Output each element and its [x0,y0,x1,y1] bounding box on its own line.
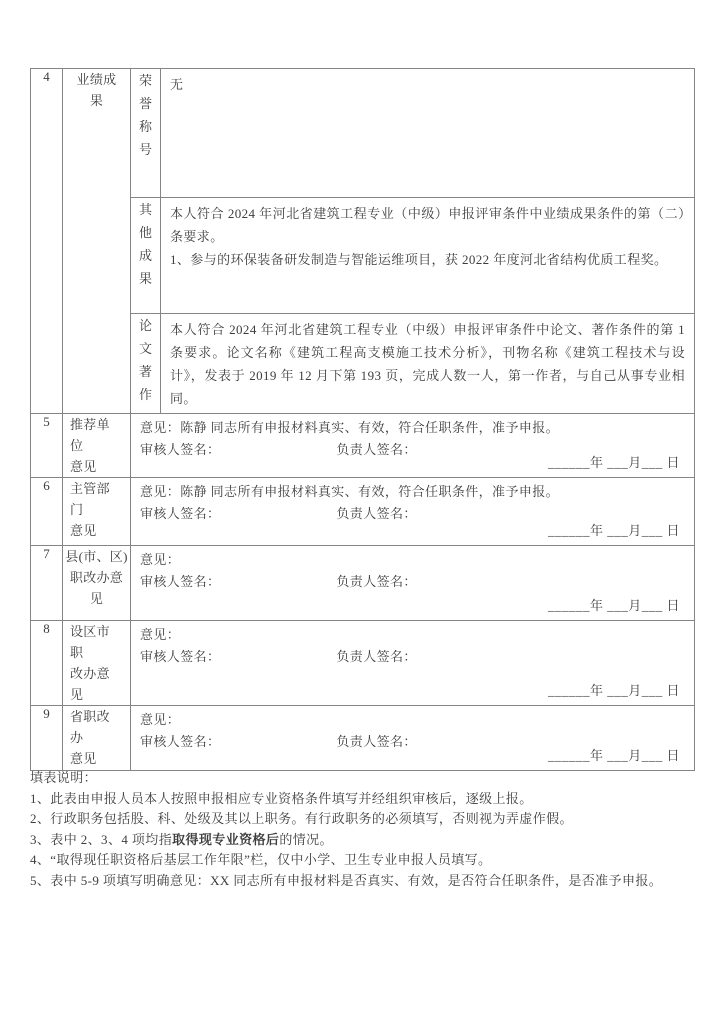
row7-opinion-cell: 意见： 审核人签名：负责人签名： ______年 ___月___ 日 [131,546,695,621]
row6-number: 6 [31,478,63,546]
row9-opinion-cell: 意见： 审核人签名：负责人签名： ______年 ___月___ 日 [131,706,695,771]
note-2: 2、行政职务包括股、科、处级及其以上职务。有行政职务的必须填写，否则视为弄虚作假… [30,809,696,830]
row6-leader-signature-label: 负责人签名： [336,506,416,521]
row7-leader-signature-label: 负责人签名： [336,574,416,589]
papers-works-sublabel: 论 文 著 作 [131,314,161,414]
honor-title-sublabel: 荣 誉 称 号 [131,69,161,198]
row8-number: 8 [31,621,63,706]
note-3-prefix: 3、表中 2、3、4 项均指 [30,832,172,847]
note-3: 3、表中 2、3、4 项均指取得现专业资格后的情况。 [30,830,696,851]
papers-works-content: 本人符合 2024 年河北省建筑工程专业（中级）申报评审条件中论文、著作条件的第… [161,314,695,414]
row4-label-achievements: 业绩成果 [63,69,131,414]
row4-number: 4 [31,69,63,414]
note-3-suffix: 的情况。 [279,832,333,847]
row7-opinion-text: 意见： [140,550,685,570]
row7-date-line: ______年 ___月___ 日 [548,596,680,616]
note-5: 5、表中 5-9 项填写明确意见：XX 同志所有申报材料是否真实、有效，是否符合… [30,871,696,892]
row7-label-county-reform-office: 县(市、区) 职改办意 见 [63,546,131,621]
row7-auditor-signature-label: 审核人签名： [140,574,220,589]
row9-auditor-signature-label: 审核人签名： [140,734,220,749]
row8-date-line: ______年 ___月___ 日 [548,681,680,701]
row7-signature-line: 审核人签名：负责人签名： [140,572,685,592]
row9-opinion-text: 意见： [140,710,685,730]
row8-signature-line: 审核人签名：负责人签名： [140,647,685,667]
document-page: 4 业绩成果 荣 誉 称 号 无 其 他 成 果 本人符合 2024 年河北省建… [0,0,724,1024]
application-form-table: 4 业绩成果 荣 誉 称 号 无 其 他 成 果 本人符合 2024 年河北省建… [30,68,695,771]
row5-label-recommending-unit: 推荐单位 意见 [63,414,131,478]
row5-leader-signature-label: 负责人签名： [336,442,416,457]
note-4: 4、“取得现任职资格后基层工作年限”栏，仅中小学、卫生专业申报人员填写。 [30,850,696,871]
row8-auditor-signature-label: 审核人签名： [140,649,220,664]
row9-leader-signature-label: 负责人签名： [336,734,416,749]
row9-label-province-reform-office: 省职改办 意见 [63,706,131,771]
row9-number: 9 [31,706,63,771]
row6-auditor-signature-label: 审核人签名： [140,506,220,521]
row8-opinion-cell: 意见： 审核人签名：负责人签名： ______年 ___月___ 日 [131,621,695,706]
row5-number: 5 [31,414,63,478]
row6-label-supervising-department: 主管部门 意见 [63,478,131,546]
row5-opinion-text: 意见：陈静 同志所有申报材料真实、有效，符合任职条件，准予申报。 [140,418,685,438]
fill-instructions: 填表说明： 1、此表由申报人员本人按照申报相应专业资格条件填写并经组织审核后，逐… [30,768,696,891]
note-3-bold-phrase: 取得现专业资格后 [172,832,279,847]
row6-opinion-cell: 意见：陈静 同志所有申报材料真实、有效，符合任职条件，准予申报。 审核人签名：负… [131,478,695,546]
note-1: 1、此表由申报人员本人按照申报相应专业资格条件填写并经组织审核后，逐级上报。 [30,789,696,810]
row6-opinion-text: 意见：陈静 同志所有申报材料真实、有效，符合任职条件，准予申报。 [140,482,685,502]
row8-label-city-reform-office: 设区市职 改办意见 [63,621,131,706]
notes-title: 填表说明： [30,768,696,789]
honor-title-content: 无 [161,69,695,198]
row5-auditor-signature-label: 审核人签名： [140,442,220,457]
row7-number: 7 [31,546,63,621]
row8-leader-signature-label: 负责人签名： [336,649,416,664]
row6-date-line: ______年 ___月___ 日 [548,521,680,541]
row5-opinion-cell: 意见：陈静 同志所有申报材料真实、有效，符合任职条件，准予申报。 审核人签名：负… [131,414,695,478]
row9-date-line: ______年 ___月___ 日 [548,746,680,766]
row8-opinion-text: 意见： [140,625,685,645]
row5-date-line: ______年 ___月___ 日 [548,453,680,473]
other-achievements-sublabel: 其 他 成 果 [131,198,161,314]
other-achievements-content: 本人符合 2024 年河北省建筑工程专业（中级）申报评审条件中业绩成果条件的第（… [161,198,695,314]
